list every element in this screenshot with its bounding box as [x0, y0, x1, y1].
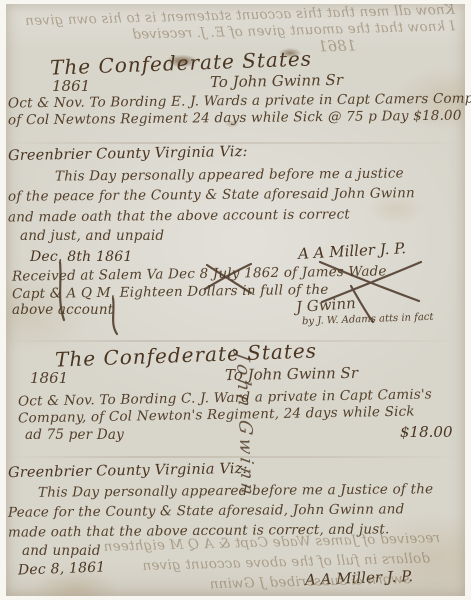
bill2-amount: $18.00 [400, 424, 453, 441]
affidavit1-line1: This Day personally appeared before me a… [55, 166, 404, 184]
affidavit1-date: Dec. 8th 1861 [30, 250, 132, 265]
bleedthrough-top-year: 1861 [318, 38, 357, 55]
receipt-line3: above account [12, 303, 113, 318]
affidavit1-line3: and made oath that the above account is … [8, 208, 350, 226]
bill2-charge-line3: ad 75 per Day [25, 428, 124, 443]
affidavit1-line4: and just, and unpaid [20, 229, 164, 244]
bill1-debtor: To John Gwinn Sr [210, 72, 343, 91]
bill1-year: 1861 [52, 78, 90, 95]
bill2-year: 1861 [30, 370, 68, 387]
receipt-signature: J Gwinn [295, 295, 356, 316]
